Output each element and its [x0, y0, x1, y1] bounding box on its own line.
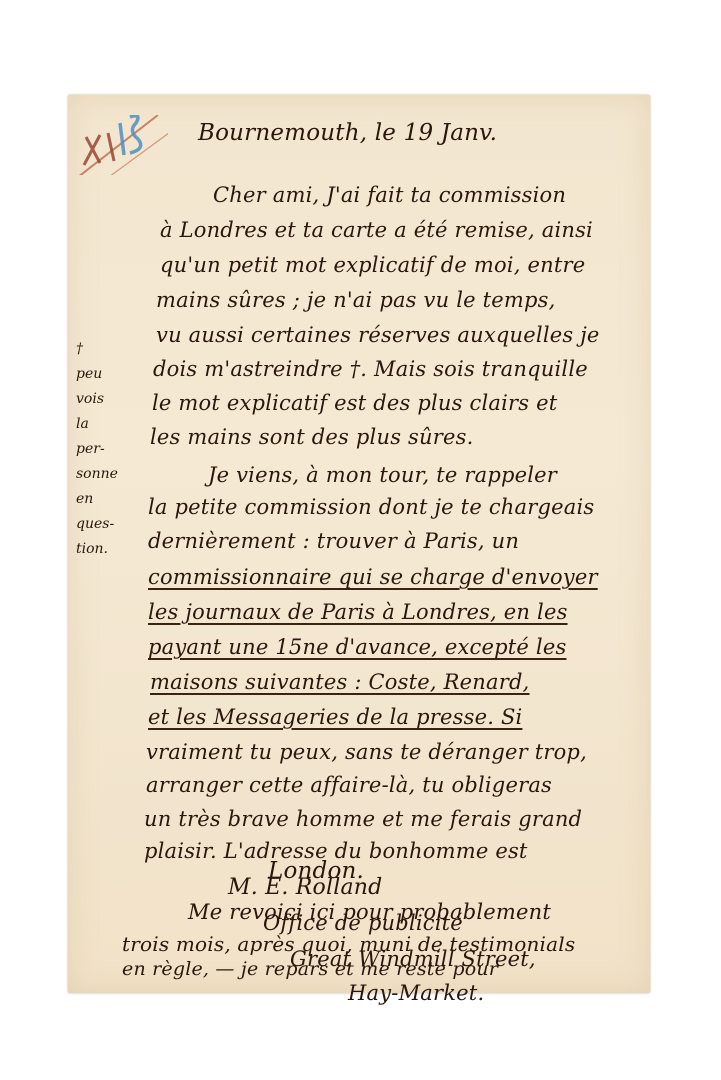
letter-line: les mains sont des plus sûres.: [150, 425, 473, 449]
margin-note-line: ques-: [76, 512, 112, 537]
letter-line: le mot explicatif est des plus clairs et: [152, 391, 557, 415]
letter-heading: Bournemouth, le 19 Janv.: [198, 120, 497, 146]
letter-line: vu aussi certaines réserves auxquelles j…: [156, 323, 600, 347]
letter-line: mains sûres ; je n'ai pas vu le temps,: [156, 288, 556, 312]
letter-line: payant une 15ne d'avance, excepté les: [148, 635, 566, 659]
letter-line: dois m'astreindre †. Mais sois tranquill…: [153, 357, 588, 381]
margin-note-line: per-: [76, 437, 112, 462]
letter-line: un très brave homme et me ferais grand: [144, 807, 582, 831]
closing-line: trois mois, après quoi, muni de testimon…: [122, 932, 575, 956]
letter-line: et les Messageries de la presse. Si: [148, 705, 522, 729]
closing-line: Me revoici ici pour probablement: [188, 900, 551, 924]
letter-line: maisons suivantes : Coste, Renard,: [150, 670, 530, 694]
letter-line: dernièrement : trouver à Paris, un: [148, 529, 519, 553]
letter-line: à Londres et ta carte a été remise, ains…: [160, 218, 593, 242]
margin-note-line: en: [76, 487, 112, 512]
address-line: London.: [268, 858, 364, 884]
letter-line: qu'un petit mot explicatif de moi, entre: [160, 253, 585, 277]
margin-note-line: † peu: [76, 337, 112, 387]
margin-note-line: vois: [76, 387, 112, 412]
margin-note: † peu vois la per- sonne en ques- tion.: [76, 337, 112, 562]
letter-line: Cher ami, J'ai fait ta commission: [213, 183, 566, 207]
letter-line: arranger cette affaire-là, tu obligeras: [146, 773, 552, 797]
margin-note-line: la: [76, 412, 112, 437]
closing-line: en règle, — je repars et me reste pour: [122, 958, 498, 980]
margin-note-line: sonne: [76, 462, 112, 487]
margin-note-line: tion.: [76, 537, 112, 562]
letter-line: vraiment tu peux, sans te déranger trop,: [146, 740, 587, 764]
address-line: Hay-Market.: [348, 981, 484, 1005]
letter-line: commissionnaire qui se charge d'envoyer: [148, 565, 598, 589]
letter-line: les journaux de Paris à Londres, en les: [148, 600, 568, 624]
letter-line: Je viens, à mon tour, te rappeler: [208, 463, 557, 487]
archive-mark-icon: [78, 115, 168, 175]
letter-line: la petite commission dont je te chargeai…: [148, 495, 594, 519]
